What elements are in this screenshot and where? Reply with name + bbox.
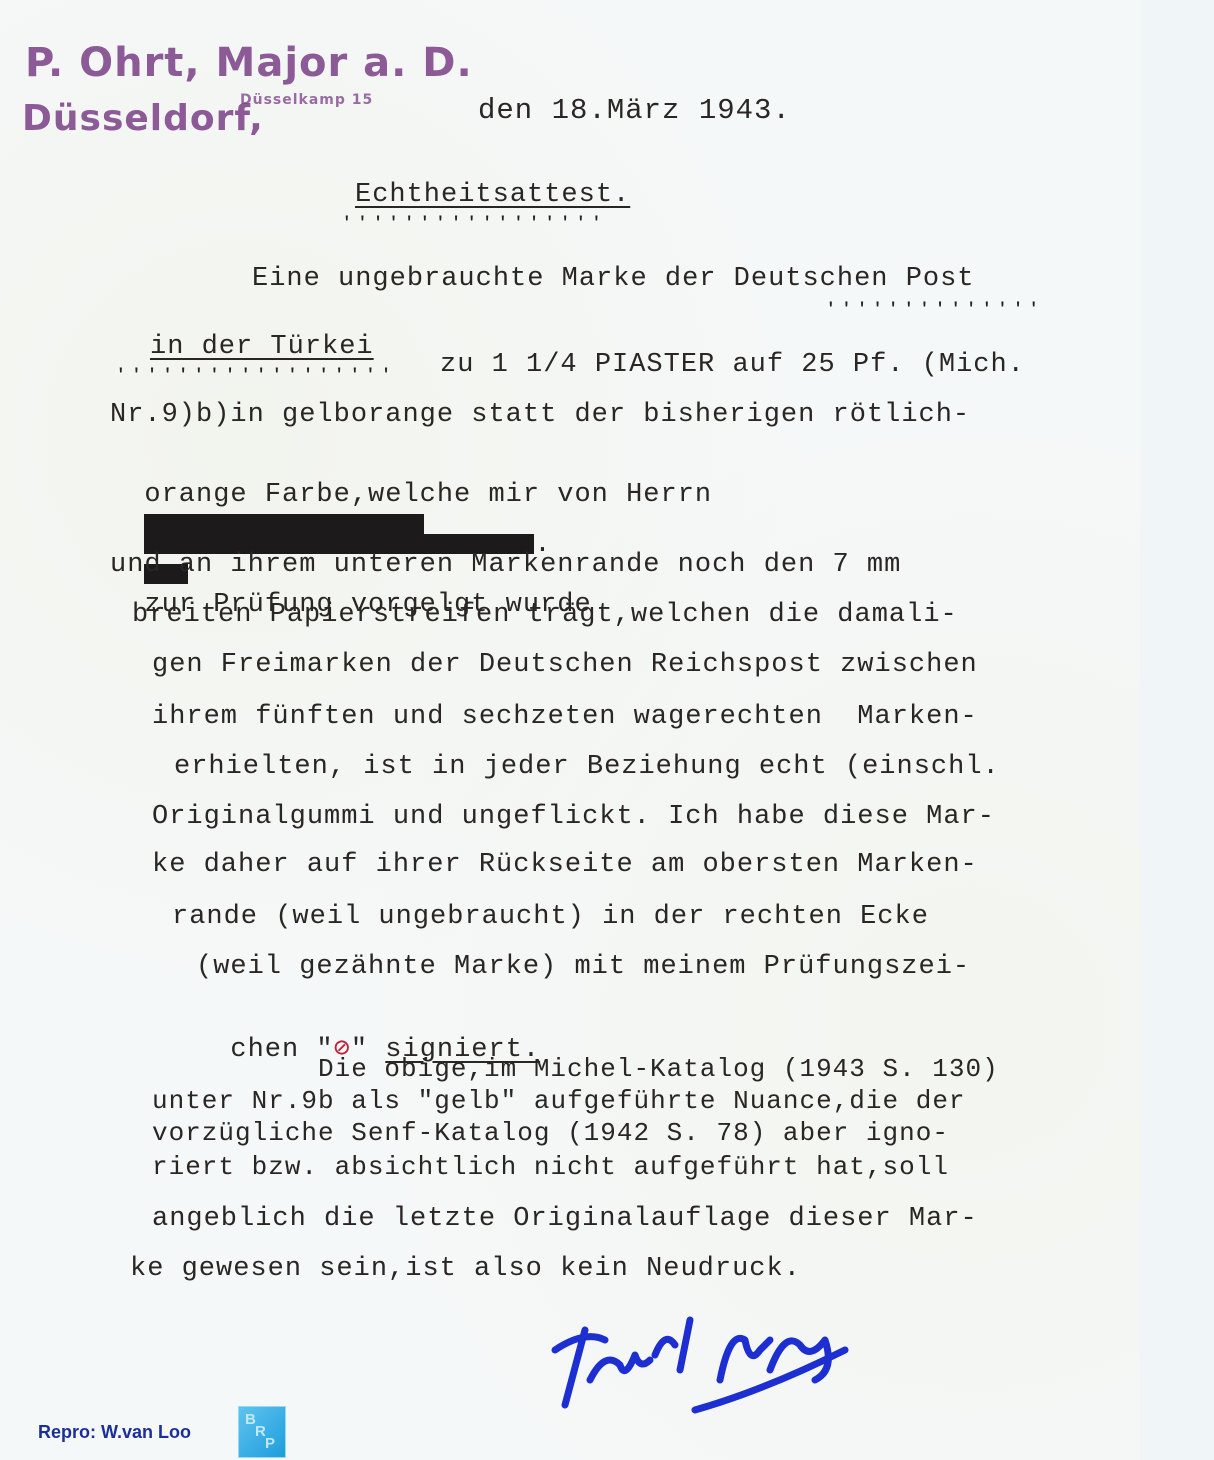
body-line-2a: in der Türkei (150, 332, 374, 362)
tick-marks: '''''''''''''''''' (116, 366, 397, 384)
body-line-2b: zu 1 1/4 PIASTER auf 25 Pf. (Mich. (440, 350, 1025, 380)
body-line-14: (weil gezähnte Marke) mit meinem Prüfung… (196, 952, 970, 982)
document-title: Echtheitsattest. (355, 180, 630, 210)
body-line-3: Nr.9)b)in gelborange statt der bisherige… (110, 400, 970, 430)
brp-logo: B R P (238, 1406, 286, 1458)
body-line-9: ihrem fünften und sechzeten wagerechten … (152, 702, 978, 732)
letterhead-stamp-name: P. Ohrt, Major a. D. (25, 40, 473, 86)
tick-marks: '''''''''''''' (826, 300, 1044, 318)
letterhead-stamp-city: Düsseldorf, (22, 98, 264, 139)
closing-line-6: ke gewesen sein,ist also kein Neudruck. (130, 1254, 801, 1284)
body-line-11: Originalgummi und ungeflickt. Ich habe d… (152, 802, 995, 832)
body-line-6: und an ihrem unteren Markenrande noch de… (110, 550, 901, 580)
body-line-1: Eine ungebrauchte Marke der Deutschen Po… (252, 264, 975, 294)
closing-line-2: unter Nr.9b als "gelb" aufgeführte Nuanc… (152, 1086, 966, 1116)
page-margin (1140, 0, 1214, 1460)
body-line-8: gen Freimarken der Deutschen Reichspost … (152, 650, 978, 680)
title-tick-marks: ''''''''''''''''' (342, 214, 607, 232)
repro-credit: Repro: W.van Loo (38, 1422, 191, 1443)
signature (545, 1310, 855, 1420)
closing-line-3: vorzügliche Senf-Katalog (1942 S. 78) ab… (152, 1118, 949, 1148)
body-line-12: ke daher auf ihrer Rückseite am obersten… (152, 850, 978, 880)
closing-line-4: riert bzw. absichtlich nicht aufgeführt … (152, 1152, 949, 1182)
body-line-13: rande (weil ungebraucht) in der rechten … (172, 902, 929, 932)
body-line-10: erhielten, ist in jeder Beziehung echt (… (174, 752, 1000, 782)
closing-line-1: Die obige,im Michel-Katalog (1943 S. 130… (318, 1054, 999, 1084)
closing-line-5: angeblich die letzte Originalauflage die… (152, 1204, 978, 1234)
body-line-15-text: chen (230, 1035, 299, 1065)
document-date: den 18.März 1943. (478, 94, 791, 127)
letterhead-stamp-street: Düsselkamp 15 (240, 92, 373, 108)
body-line-7: breiten Papierstreifen trägt,welchen die… (132, 600, 958, 630)
